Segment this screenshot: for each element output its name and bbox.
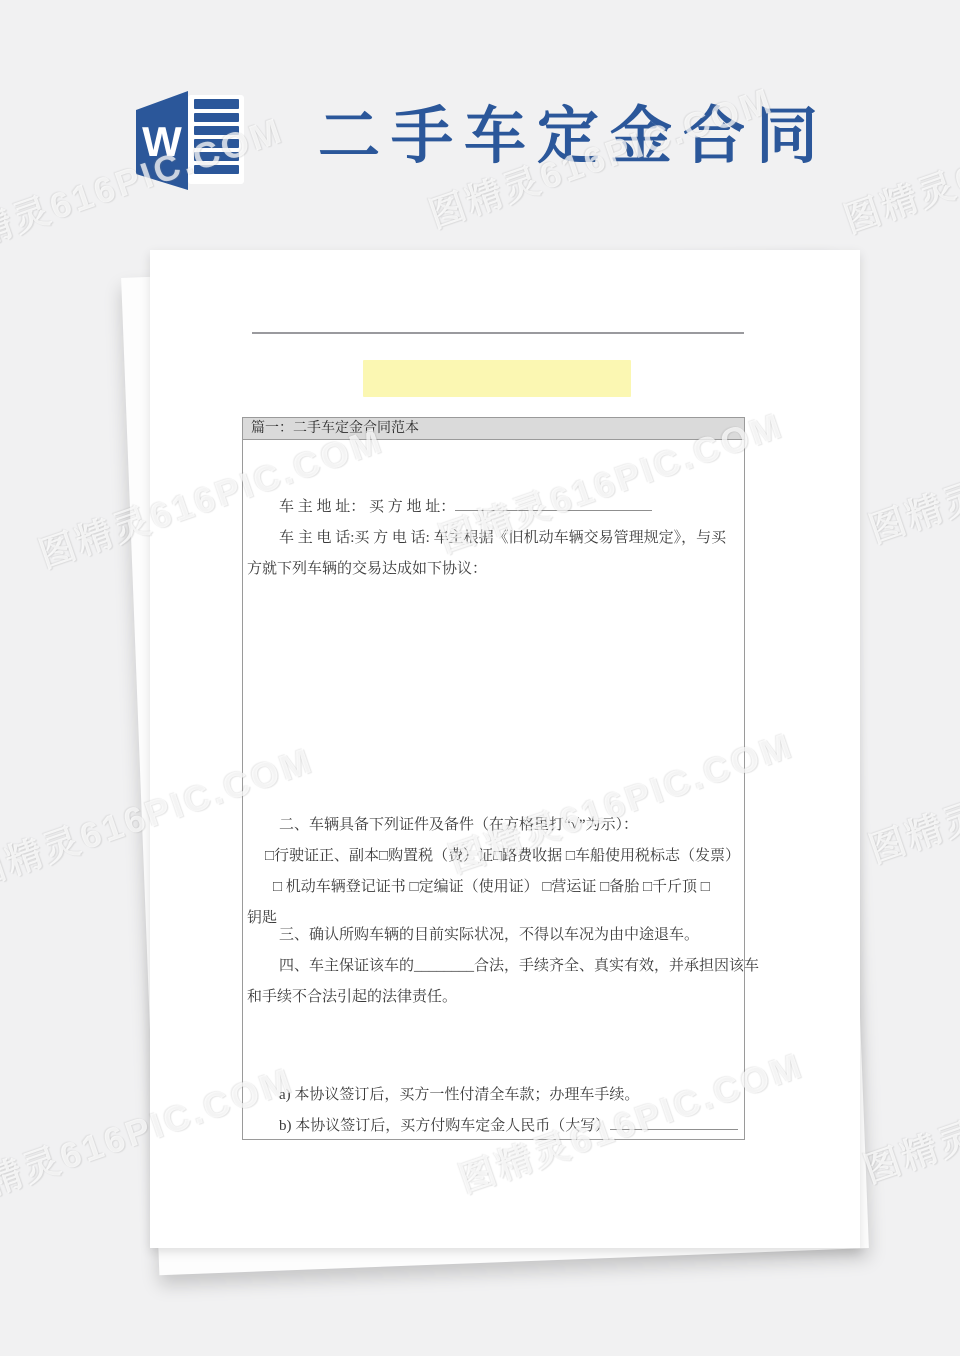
line-sec2-items2: □ 机动车辆登记证书 □定编证（使用证） □营运证 □备胎 □千斤顶 □	[243, 872, 744, 903]
line-item-b: b) 本协议签订后，买方付购车定金人民币（大写）	[243, 1111, 744, 1142]
line-item-a: a) 本协议签订后，买方一性付清全车款；办理车手续。	[243, 1080, 744, 1111]
top-divider-line	[252, 332, 744, 334]
preview-canvas: W 二手车定金合同 篇一：二手车定金合同范本 车 主 地 址： 买 方 地 址：…	[0, 0, 960, 1356]
preview-header: W 二手车定金合同	[0, 0, 960, 240]
line-sec4-1: 四、车主保证该车的________合法，手续齐全、真实有效，并承担因该车	[243, 951, 744, 982]
deposit-blank-line	[610, 1116, 738, 1130]
line-owner-phone: 车 主 电 话:买 方 电 话: 车主根据《旧机动车辆交易管理规定》，与买	[243, 523, 744, 554]
page-title: 二手车定金合同	[318, 86, 829, 175]
line-agreement-intro: 方就下列车辆的交易达成如下协议：	[243, 554, 744, 585]
paper-sheet-front: 篇一：二手车定金合同范本 车 主 地 址： 买 方 地 址： 车 主 电 话:买…	[150, 250, 860, 1248]
section-header-bar: 篇一：二手车定金合同范本	[243, 418, 744, 440]
paragraph-conditions: 三、确认所购车辆的目前实际状况，不得以车况为由中途退车。 四、车主保证该车的__…	[243, 920, 744, 1013]
word-icon: W	[128, 84, 250, 196]
watermark-text: 图精灵616PIC.COM	[862, 708, 960, 874]
word-icon-letter: W	[142, 118, 182, 165]
line-owner-address: 车 主 地 址： 买 方 地 址：	[243, 492, 744, 523]
paragraph-payment: a) 本协议签订后，买方一性付清全车款；办理车手续。 b) 本协议签订后，买方付…	[243, 1080, 744, 1142]
item-b-text: b) 本协议签订后，买方付购车定金人民币（大写）	[279, 1118, 610, 1134]
highlighted-blank-area	[363, 360, 631, 397]
watermark-text: 图精灵616PIC.COM	[857, 1028, 960, 1194]
owner-address-label: 车 主 地 址： 买 方 地 址：	[279, 499, 455, 515]
contract-box: 篇一：二手车定金合同范本 车 主 地 址： 买 方 地 址： 车 主 电 话:买…	[242, 417, 745, 1140]
paragraph-parties: 车 主 地 址： 买 方 地 址： 车 主 电 话:买 方 电 话: 车主根据《…	[243, 492, 744, 585]
address-blank-line	[455, 497, 652, 511]
line-sec3: 三、确认所购车辆的目前实际状况，不得以车况为由中途退车。	[243, 920, 744, 951]
paragraph-certificates: 二、车辆具备下列证件及备件（在方格里打“√”为示）： □行驶证正、副本□购置税（…	[243, 810, 744, 934]
watermark-text: 图精灵616PIC.COM	[862, 388, 960, 554]
line-sec2-title: 二、车辆具备下列证件及备件（在方格里打“√”为示）：	[243, 810, 744, 841]
line-sec4-2: 和手续不合法引起的法律责任。	[243, 982, 744, 1013]
line-sec2-items1: □行驶证正、副本□购置税（费）证□路费收据 □车船使用税标志（发票）	[243, 841, 744, 872]
